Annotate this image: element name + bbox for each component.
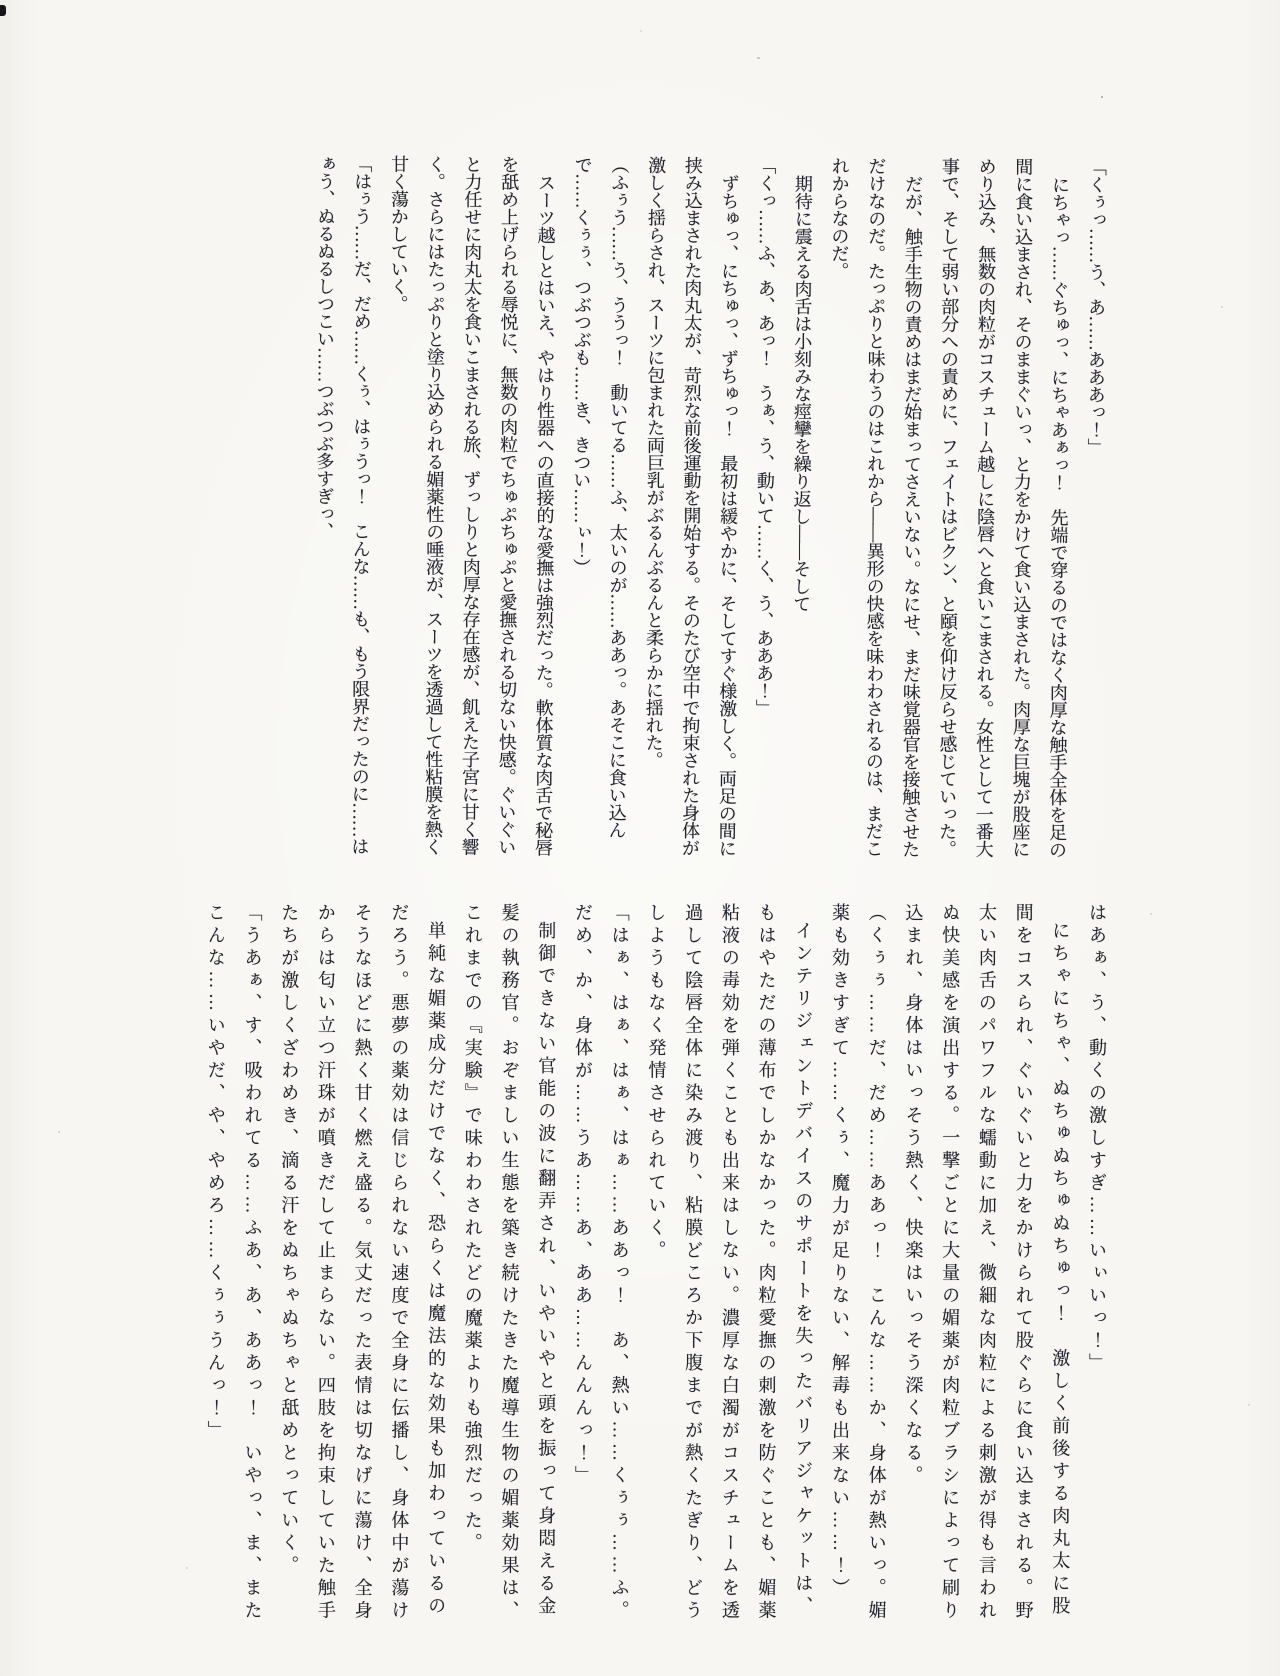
paragraph: ずちゅっ、にちゅっ、ずちゅっ！ 最初は緩やかに、そしてすぐ様激しく。両足の間に挟… [635, 156, 748, 858]
scan-speck [1101, 96, 1103, 98]
scanned-page: { "page": { "kind": "scanned vertical-te… [0, 0, 1280, 1676]
paragraph: 「はぁ、はぁ、はぁ、はぁ……ああっ！ あ、熱い……くぅぅ……ふ。だめ、か、身体が… [564, 903, 637, 1627]
paragraph: 「はぅう……だ、だめ……くぅ、はぅうっ！ こんな……も、もう限界だったのに……は… [304, 154, 380, 856]
paragraph: にちゃにちゃ、ぬちゅぬちゅぬちゅっ！ 激しく前後する肉丸太に股間をコスられ、ぐい… [895, 903, 1079, 1627]
paragraph: （ふぅう……う、ううっ！ 動いてる……ふ、太いのが……ああっ。あそこに食い込んで… [561, 156, 637, 858]
scan-edge-mark [0, 5, 6, 16]
paragraph: にちゃっ……ぐちゅっ、にちゃあぁっ！ 先端で穿るのではなく肉厚な触手全体を足の間… [928, 157, 1078, 860]
scan-speck [757, 57, 760, 59]
paragraph: はあぁ、う、動くの激しすぎ……いぃいっ！」 [1078, 903, 1115, 1627]
paragraph: 「くっ……ふ、あ、あっ！ うぁ、う、動いて……く、う、あああ！」 [745, 156, 785, 858]
paragraph: 「うあぁ、す、吸われてる……ふあ、あ、ああっ！ いやっ、ま、またこんな……いやだ… [197, 903, 270, 1627]
paragraph: （くぅぅ……だ、だめ……ああっ！ こんな……か、身体が熱いっ。媚薬も効きすぎて…… [821, 903, 894, 1627]
top-text-block: 「くぅっ……う、あ……あああっ！」にちゃっ……ぐちゅっ、にちゃあぁっ！ 先端で穿… [304, 154, 1115, 860]
bottom-text-block: はあぁ、う、動くの激しすぎ……いぃいっ！」にちゃにちゃ、ぬちゅぬちゅぬちゅっ！ … [197, 903, 1115, 1627]
scan-speck [1221, 306, 1223, 308]
paper-sheet: 「くぅっ……う、あ……あああっ！」にちゃっ……ぐちゅっ、にちゃあぁっ！ 先端で穿… [0, 0, 1280, 1676]
paragraph: 制御できない官能の波に翻弄され、いやいやと頭を振って身悶える金髪の執務官。おぞま… [454, 903, 564, 1627]
scan-speck [1150, 913, 1152, 915]
scan-speck [58, 1131, 60, 1133]
paragraph: 単純な媚薬成分だけでなく、恐らくは魔法的な効果も加わっているのだろう。悪夢の薬効… [270, 903, 454, 1627]
paragraph: だが、触手生物の責めはまだ始まってさえいない。なにせ、まだ味覚器官を接触させただ… [818, 157, 931, 859]
scan-speck [1248, 1404, 1250, 1406]
scan-speck [186, 1567, 188, 1569]
paragraph: 期待に震える肉舌は小刻みな痙攣を繰り返し――そして [781, 157, 821, 859]
scan-speck [640, 30, 642, 32]
paragraph: インテリジェントデバイスのサポートを失ったバリアジャケットは、もはやただの薄布で… [638, 903, 822, 1627]
paragraph: スーツ越しとはいえ、やはり性器への直接的な愛撫は強烈だった。軟体質な肉舌で秘唇を… [378, 155, 565, 858]
paragraph: 「くぅっ……う、あ……あああっ！」 [1075, 158, 1115, 860]
